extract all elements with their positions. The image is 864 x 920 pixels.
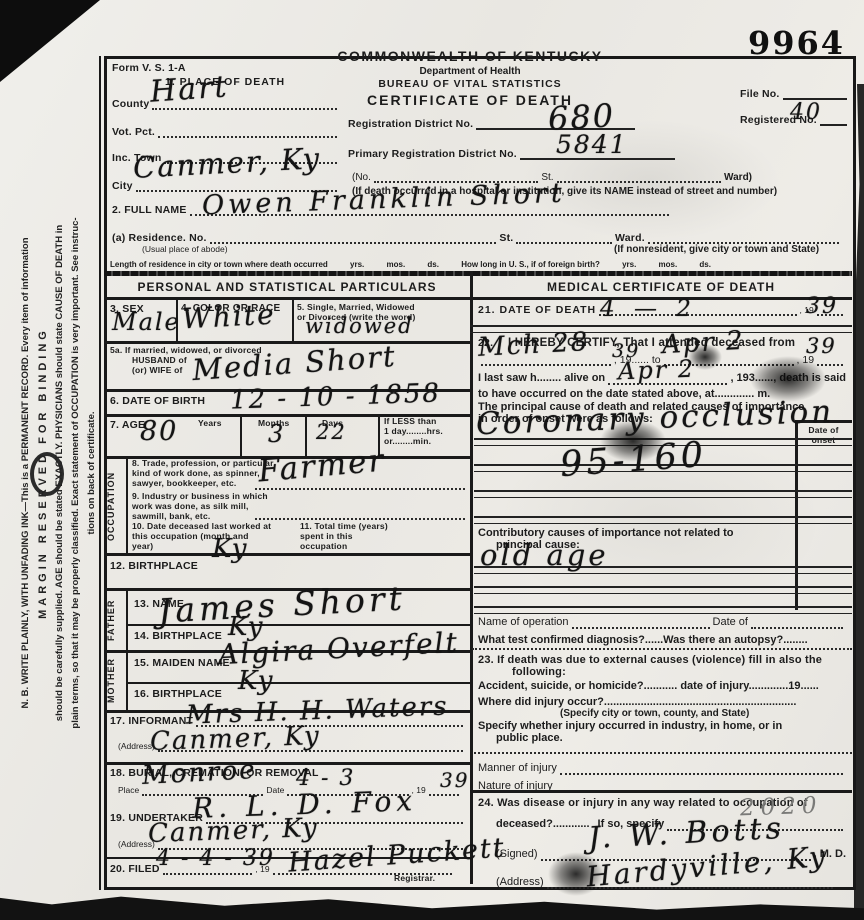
specify-city-note: (Specify city or town, county, and State…: [560, 708, 749, 720]
cause-rule: [474, 516, 852, 524]
full-name-label: 2. FULL NAME: [112, 204, 187, 216]
length-of-residence-line: Length of residence in city or town wher…: [110, 260, 711, 269]
vot-pct-field: Vot. Pct.: [112, 126, 340, 138]
manner-of-injury-line: Manner of injury: [478, 762, 846, 775]
registrar-label: Registrar.: [394, 874, 435, 884]
manner-label: Manner of injury: [478, 762, 557, 775]
undertaker-address-handwriting: Canmer, Ky: [148, 813, 320, 849]
no-label: (No.: [352, 172, 371, 183]
primary-district-handwriting: 5841: [556, 130, 628, 159]
operation-date-label: Date of: [713, 616, 748, 629]
burial-place-handwriting: Monroe: [141, 755, 257, 791]
years-label: Years: [198, 419, 222, 429]
external-causes-line2: following:: [512, 666, 566, 679]
margin-line: plain terms, so that it may be properly …: [68, 68, 84, 878]
city-label: City: [112, 180, 133, 192]
solid-line: [820, 121, 847, 126]
external-causes-line1: 23. If death was due to external causes …: [478, 654, 822, 667]
q24-deceased: deceased?............: [496, 818, 590, 831]
binding-margin-text: N. B. WRITE PLAINLY, WITH UNFADING INK—T…: [18, 68, 104, 878]
less-than-label: If LESS than 1 day........hrs. or.......…: [384, 417, 468, 446]
burial-place-label: Place: [118, 786, 139, 796]
rule-line: [104, 553, 470, 556]
dotted-line: [557, 178, 721, 183]
father-side-label: FATHER: [106, 592, 116, 648]
dotted-line: [481, 361, 611, 366]
age-days-handwriting: 22: [316, 420, 347, 444]
cause-rule: [474, 490, 852, 498]
occupation-side-label: OCCUPATION: [106, 462, 116, 550]
birthplace-label: 12. BIRTHPLACE: [110, 560, 198, 572]
dotted-line: [560, 770, 843, 775]
primary-district-label: Primary Registration District No.: [348, 148, 517, 160]
margin-line: N. B. WRITE PLAINLY, WITH UNFADING INK—T…: [18, 68, 34, 878]
industry-label: 9. Industry or business in which work wa…: [132, 492, 317, 521]
dotted-line: [817, 361, 843, 366]
last-saw-date-handwriting: Apr 2: [618, 355, 696, 386]
primary-district-field: Primary Registration District No.: [348, 148, 678, 160]
cell-divider: [292, 300, 294, 341]
physician-address-label: (Address): [496, 876, 544, 889]
residence-st-label: St.: [499, 232, 513, 244]
residence-line: (a) Residence. No. St. Ward.: [112, 232, 842, 244]
dotted-line: [474, 752, 852, 754]
dotted-line: [572, 624, 710, 629]
county-handwriting: Hart: [149, 69, 230, 109]
margin-binding-label: MARGIN RESERVED FOR BINDING: [34, 68, 52, 878]
nonresident-note: (If nonresident, give city or town and S…: [614, 244, 819, 256]
onset-box-border: [795, 420, 798, 610]
cause-rule: [474, 586, 852, 594]
father-birthplace-label: 14. BIRTHPLACE: [134, 630, 222, 642]
registered-no-handwriting: 40: [790, 100, 822, 125]
file-no-label: File No.: [740, 88, 780, 100]
rule-line: [104, 297, 852, 300]
scan-edge-artifact: [0, 894, 864, 920]
where-injury-line: Where did injury occur?.................…: [478, 696, 796, 709]
color-race-handwriting: White: [181, 298, 276, 336]
residence-ward-label: Ward.: [615, 232, 645, 244]
residence-label: (a) Residence. No.: [112, 232, 207, 244]
age-months-handwriting: 3: [268, 420, 285, 448]
burial-year-handwriting: 39: [440, 768, 469, 792]
dotted-line: [751, 624, 843, 629]
cause-rule: [474, 606, 852, 614]
personal-section-header: PERSONAL AND STATISTICAL PARTICULARS: [104, 281, 470, 295]
file-no-field: File No.: [740, 88, 850, 100]
contributory-handwriting: old age: [480, 538, 609, 572]
date-of-death-label: 21. DATE OF DEATH: [478, 304, 596, 316]
registration-district-label: Registration District No.: [348, 118, 473, 130]
mother-side-label: MOTHER: [106, 654, 116, 708]
specify-injury-line1: Specify whether injury occurred in indus…: [478, 720, 782, 733]
department-title: Department of Health: [290, 66, 650, 77]
age-years-handwriting: 80: [140, 416, 178, 447]
operation-line: Name of operation Date of: [478, 616, 846, 629]
medical-section-header: MEDICAL CERTIFICATE OF DEATH: [470, 281, 852, 295]
informant-address-handwriting: Canmer, Ky: [150, 721, 322, 757]
filed-label: 20. FILED: [110, 863, 160, 875]
dotted-line: [472, 648, 852, 650]
cell-divider: [240, 414, 242, 456]
total-time-label: 11. Total time (years) spent in this occ…: [300, 522, 460, 551]
mother-maiden-name-label: 15. MAIDEN NAME: [134, 657, 230, 669]
cell-divider: [126, 456, 128, 553]
section-divider: [104, 271, 852, 276]
dotted-line: [210, 239, 497, 244]
margin-line: tions on back of certificate.: [84, 68, 100, 878]
death-year-handwriting: 39: [806, 294, 838, 319]
death-certificate-scan: N. B. WRITE PLAINLY, WITH UNFADING INK—T…: [0, 0, 864, 920]
dotted-line: [158, 133, 337, 138]
dotted-line: [255, 518, 465, 520]
marital-handwriting: widowed: [305, 314, 414, 338]
abode-note: (Usual place of abode): [142, 245, 228, 255]
cell-divider: [126, 650, 128, 710]
rule-line: [126, 682, 470, 684]
certificate-number-stamp: 9964: [748, 24, 845, 62]
margin-line: should be carefully supplied. AGE should…: [52, 68, 68, 878]
dotted-line: [516, 239, 612, 244]
sex-handwriting: Male: [112, 308, 181, 336]
mother-birthplace-label: 16. BIRTHPLACE: [134, 688, 222, 700]
attended-from-handwriting: Mch 28: [477, 327, 590, 363]
date-of-death-handwriting: 4 — 2: [600, 296, 697, 322]
vot-pct-label: Vot. Pct.: [112, 126, 155, 138]
filed-date-handwriting: 4 - 4 - 39: [156, 846, 275, 871]
attended-to-year-handwriting: 39: [806, 334, 837, 358]
rule-line: [104, 341, 470, 344]
test-line: What test confirmed diagnosis?......Was …: [478, 634, 808, 647]
county-label: County: [112, 98, 149, 110]
operation-label: Name of operation: [478, 616, 569, 629]
accident-line: Accident, suicide, or homicide?.........…: [478, 680, 819, 693]
bureau-title: BUREAU OF VITAL STATISTICS: [290, 78, 650, 90]
mother-birthplace-handwriting: Ky: [238, 666, 274, 696]
ward-label: Ward): [724, 172, 752, 183]
last-saw-pre: I last saw h........ alive on: [478, 372, 605, 385]
dob-label: 6. DATE OF BIRTH: [110, 395, 205, 407]
cell-divider: [126, 588, 128, 650]
birthplace-handwriting: Ky: [212, 534, 248, 564]
dotted-line: [255, 488, 465, 490]
specify-injury-line2: public place.: [496, 732, 563, 745]
commonwealth-title: COMMONWEALTH OF KENTUCKY: [290, 48, 650, 64]
